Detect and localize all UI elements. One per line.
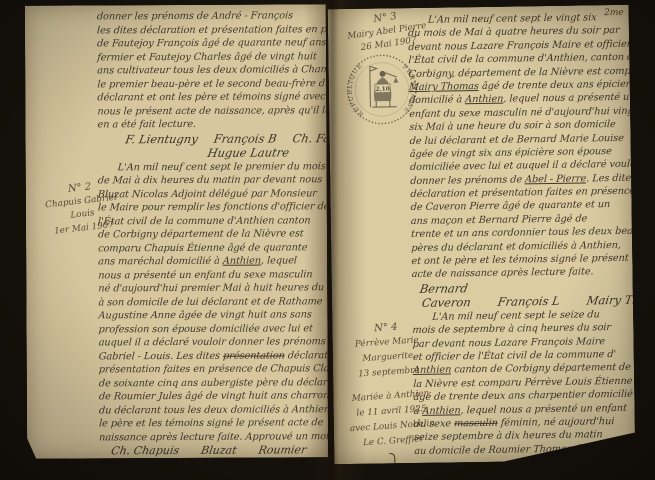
handwritten-line: comparu Chapuis Étienne âgé de quarante (98, 241, 329, 256)
signature: Caveron (421, 295, 472, 310)
handwritten-line: fermier et Fautejoy Charles âgé de vingt… (97, 50, 329, 65)
left-page: N° 2 Chapuis Gabriel Louis 1er Mai 1907 … (25, 4, 328, 459)
handwritten-line: Gabriel - Louis. Les dites présentation … (98, 349, 328, 364)
handwritten-line: de Roumier Jules âgé de vingt huit ans c… (98, 389, 328, 404)
stamp-text-left: RÉPUBLIQUE (346, 62, 365, 118)
paragraph-acte-andre-francois: donner les prénoms de André - Françoisle… (97, 9, 328, 132)
handwritten-line: de soixante cinq ans aubergiste père du … (98, 376, 328, 391)
handwritten-line: le père et les témoins signé le présent … (99, 416, 329, 431)
signature: François L (497, 294, 561, 309)
svg-text:RÉPUBLIQUE: RÉPUBLIQUE (346, 62, 365, 118)
handwritten-line: profession son épouse domiciliée avec lu… (98, 322, 328, 337)
handwritten-line: en a été fait lecture. (97, 117, 328, 132)
handwritten-line: de Mai à dix heures du matin par devant … (97, 173, 328, 188)
signature-row: F. LientugnyFrançois BCh. Fautejoy (96, 131, 328, 147)
handwritten-line: présentation faites en présence de Chapu… (98, 362, 328, 377)
marriage-mention: Mariée à Anthienle 11 avril 1925avec Lou… (337, 386, 447, 453)
signature: Mairy Thomas (586, 292, 636, 307)
handwritten-line: ans maréchal domicilié à Anthien, lequel (98, 254, 328, 269)
signature: Chapuis (327, 443, 328, 456)
margin-note-acte-4: N° 4 Pérrève Marie Marguerite 13 septemb… (332, 317, 448, 464)
signature: Roumier (257, 443, 307, 456)
signature-row: Ch. ChapuisBluzatRoumierChapuis (98, 443, 328, 459)
handwritten-line: né d'aujourd'hui premier Mai à huit heur… (98, 281, 328, 296)
paragraph-acte-abel-pierre: L'An mil neuf cent sept le vingt sixdu m… (408, 11, 634, 282)
handwritten-line: déclarant et ont les père et témoins sig… (97, 90, 328, 105)
handwritten-line: nous le présent acte de naissance, après… (97, 104, 328, 119)
handwritten-line: Augustine Anne âgée de vingt huit ans sa… (98, 308, 328, 323)
handwritten-line: L'An mil neuf cent sept le premier du mo… (97, 160, 328, 175)
handwritten-line: de Corbigny département de la Nièvre est (98, 227, 329, 242)
right-page: 2me N° 3 Mairy Abel Pierre 26 Mai 1907 R… (328, 5, 636, 464)
signature: Bluzat (200, 444, 238, 457)
handwritten-line: l'État civil de la commune d'Anthien can… (98, 214, 329, 229)
handwritten-line: donner les prénoms de André - François (96, 9, 328, 24)
stamp-value: 2,10 (375, 87, 389, 93)
signature: F. Lientugny (124, 131, 199, 145)
left-page-handwriting: donner les prénoms de André - Françoisle… (97, 9, 328, 459)
handwritten-line: ans cultivateur tous les deux domiciliés… (97, 63, 328, 78)
signature: Hugue Lautre (206, 145, 290, 159)
handwritten-line: de Fautejoy François âgé de quarante neu… (97, 36, 329, 51)
handwritten-line: les dites déclaration et présentation fa… (97, 23, 329, 38)
signature: Bernard (419, 281, 469, 296)
signature-row: Hugue Lautre (96, 145, 328, 161)
handwritten-line: seize septembre à dix heures du matin (414, 428, 636, 445)
handwritten-line: le premier beau-père et le second beau-f… (97, 77, 328, 92)
handwritten-line: le Maire pour remplir les fonctions d'of… (97, 200, 328, 215)
signature: Ch. Chapuis (110, 444, 180, 457)
handwritten-line: auquel il a déclaré vouloir donner les p… (98, 335, 328, 350)
paraph-mark (384, 451, 405, 465)
handwritten-line: naissance après lecture faite. Approuvé … (99, 430, 329, 445)
paragraph-acte-gabriel-louis: L'An mil neuf cent sept le premier du mo… (98, 160, 329, 445)
handwritten-line: nous a présenté un enfant du sexe mascul… (98, 268, 328, 283)
signature: François B (213, 131, 278, 145)
register-book-photo: N° 2 Chapuis Gabriel Louis 1er Mai 1907 … (0, 0, 655, 480)
handwritten-line: à son domicile de lui déclarant et de Ra… (98, 295, 328, 310)
handwritten-line: Bluzat Nicolas Adjoint délégué par Monsi… (97, 187, 328, 202)
signature: Ch. Fautejoy (291, 130, 328, 144)
handwritten-line: du déclarant tous les deux domiciliés à … (99, 403, 329, 418)
